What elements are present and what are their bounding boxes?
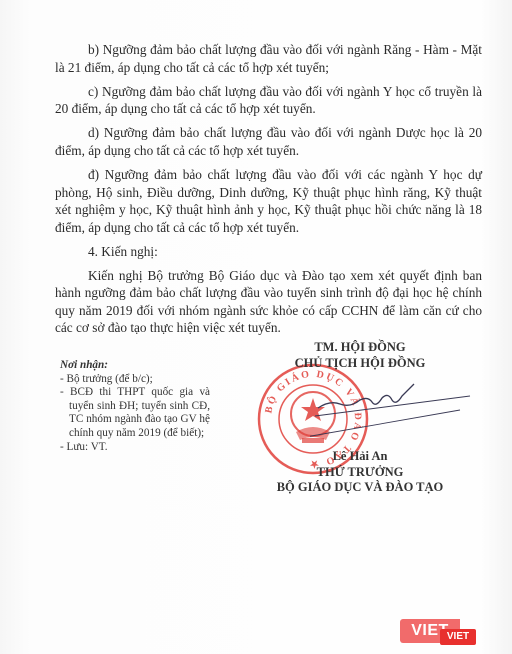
recipient-item: - Lưu: VT. <box>60 441 210 455</box>
recipients-title: Nơi nhận: <box>60 359 210 373</box>
signature-on-behalf: TM. HỘI ĐỒNG <box>255 340 465 356</box>
logo-sub-text: VIET <box>440 629 476 645</box>
signature-block: TM. HỘI ĐỒNG CHỦ TỊCH HỘI ĐỒNG Lê Hải An… <box>255 340 465 496</box>
paragraph-b: b) Ngưỡng đảm bảo chất lượng đầu vào đối… <box>55 41 482 76</box>
paragraph-c: c) Ngưỡng đảm bảo chất lượng đầu vào đối… <box>55 83 482 118</box>
paragraph-dd: đ) Ngưỡng đảm bảo chất lượng đầu vào đối… <box>55 166 482 236</box>
recipients-block: Nơi nhận: - Bộ trưởng (để b/c); - BCĐ th… <box>60 359 210 454</box>
document-body: b) Ngưỡng đảm bảo chất lượng đầu vào đối… <box>55 41 482 343</box>
signatory-position: THỨ TRƯỞNG <box>255 465 465 481</box>
recipient-item: - Bộ trưởng (để b/c); <box>60 373 210 387</box>
vietnamnet-watermark-logo: VIET VIET <box>400 619 488 647</box>
signatory-organization: BỘ GIÁO DỤC VÀ ĐÀO TẠO <box>255 480 465 496</box>
recipient-item: - BCĐ thi THPT quốc gia và tuyển sinh ĐH… <box>60 386 210 440</box>
paragraph-d: d) Ngưỡng đảm bảo chất lượng đầu vào đối… <box>55 124 482 159</box>
paragraph-recommendation: Kiến nghị Bộ trưởng Bộ Giáo dục và Đào t… <box>55 267 482 337</box>
document-page: b) Ngưỡng đảm bảo chất lượng đầu vào đối… <box>0 0 512 654</box>
signature-role: CHỦ TỊCH HỘI ĐỒNG <box>255 356 465 372</box>
signatory-name: Lê Hải An <box>255 449 465 465</box>
section-heading-recommendation: 4. Kiến nghị: <box>55 243 482 261</box>
